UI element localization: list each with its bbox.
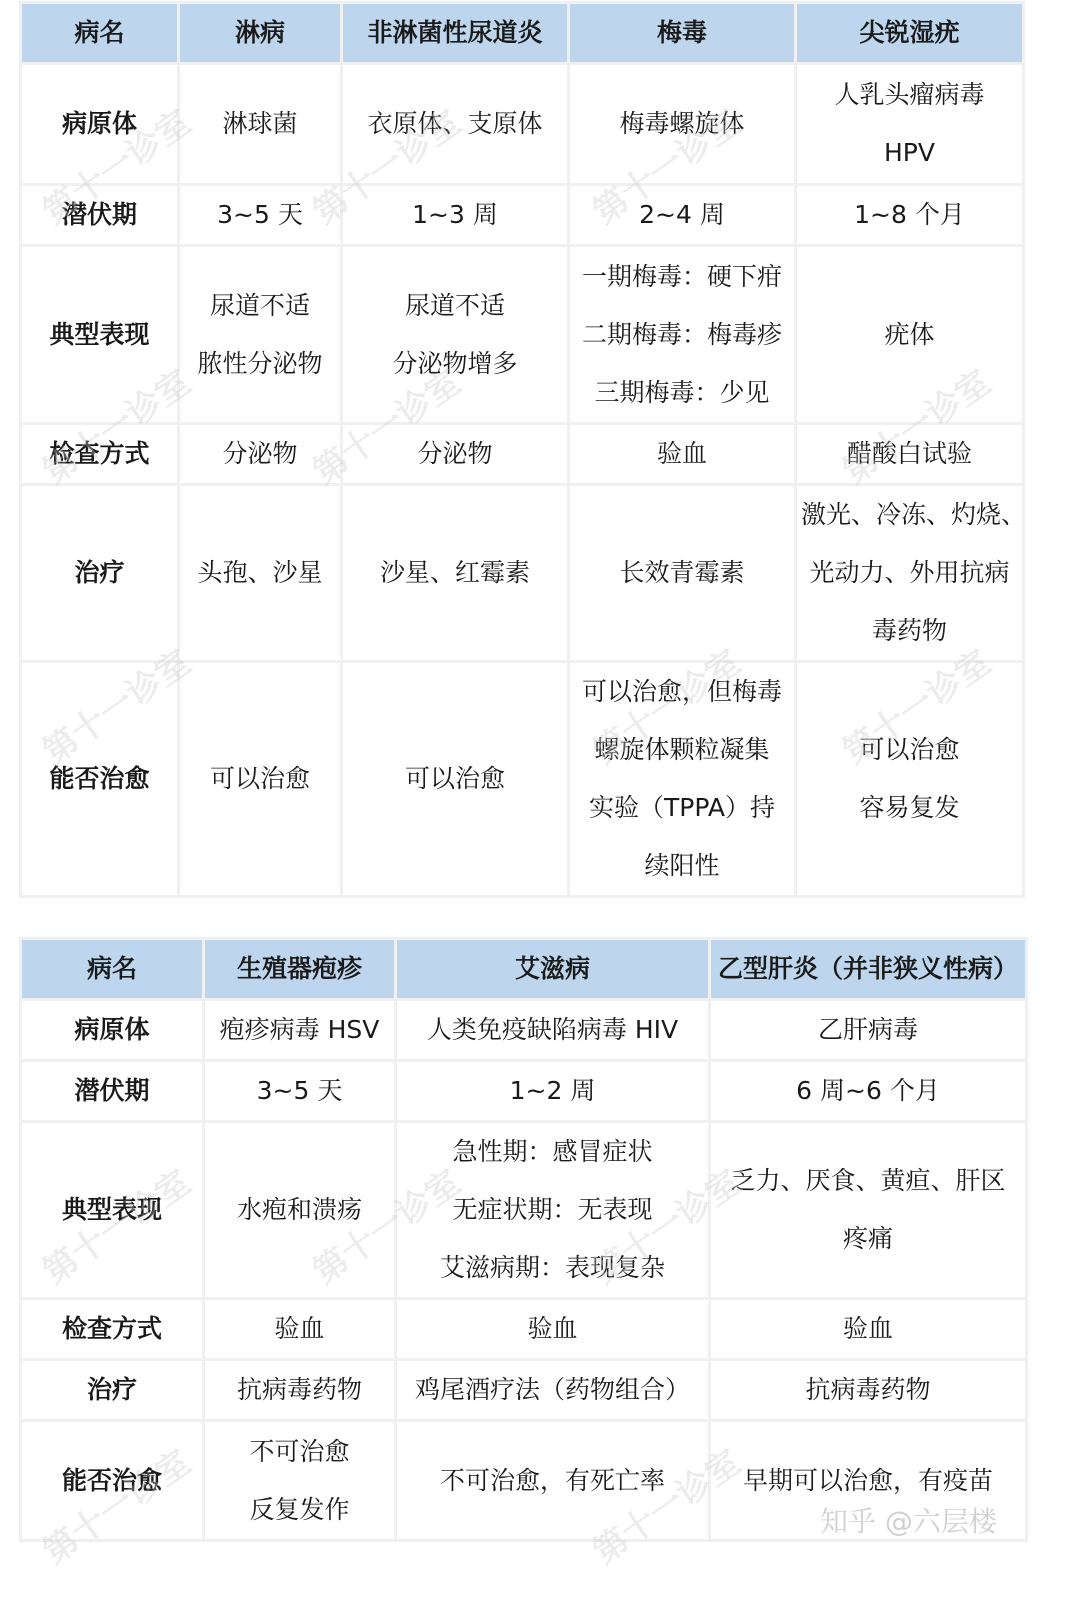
table-cell: 分泌物: [343, 425, 567, 483]
cell-text-line: 不可治愈，有死亡率: [401, 1452, 704, 1510]
table-cell: 可以治愈，但梅毒螺旋体颗粒凝集实验（TPPA）持续阳性: [570, 663, 794, 895]
cell-text-line: 实验（TPPA）持: [574, 779, 790, 837]
cell-text-line: 可以治愈: [184, 750, 336, 808]
table-cell: 衣原体、支原体: [343, 65, 567, 183]
cell-text-line: 人乳头瘤病毒: [801, 66, 1018, 124]
cell-text-line: 尿道不适: [184, 277, 336, 335]
cell-text-line: 水疱和溃疡: [209, 1181, 390, 1239]
table-cell: 醋酸白试验: [797, 425, 1022, 483]
cell-text-line: 反复发作: [209, 1481, 390, 1539]
cell-text-line: 光动力、外用抗病: [801, 544, 1018, 602]
table-row: 检查方式分泌物分泌物验血醋酸白试验: [22, 425, 1022, 483]
std-comparison-table-1: 病名 淋病 非淋菌性尿道炎 梅毒 尖锐湿疣 病原体淋球菌衣原体、支原体梅毒螺旋体…: [19, 1, 1025, 898]
cell-text-line: 梅毒螺旋体: [574, 95, 790, 153]
table-cell: 尿道不适分泌物增多: [343, 247, 567, 422]
cell-text-line: 验血: [401, 1300, 704, 1358]
table-cell: 水疱和溃疡: [205, 1123, 394, 1297]
table-cell: 梅毒螺旋体: [570, 65, 794, 183]
cell-text-line: 淋球菌: [184, 95, 336, 153]
row-label: 治疗: [22, 486, 177, 660]
cell-text-line: 容易复发: [801, 779, 1018, 837]
table-cell: 长效青霉素: [570, 486, 794, 660]
cell-text-line: 三期梅毒：少见: [574, 364, 790, 422]
cell-text-line: 尿道不适: [347, 277, 563, 335]
table-cell: 一期梅毒：硬下疳二期梅毒：梅毒疹三期梅毒：少见: [570, 247, 794, 422]
table-cell: 抗病毒药物: [205, 1361, 394, 1419]
cell-text-line: 无症状期：无表现: [401, 1181, 704, 1239]
table-cell: 1~3 周: [343, 186, 567, 244]
table-cell: 乏力、厌食、黄疸、肝区疼痛: [711, 1123, 1025, 1297]
cell-text-line: 抗病毒药物: [715, 1361, 1021, 1419]
cell-text-line: 二期梅毒：梅毒疹: [574, 306, 790, 364]
cell-text-line: 6 周~6 个月: [715, 1062, 1021, 1120]
header-cell: 生殖器疱疹: [205, 940, 394, 998]
table-cell: 可以治愈容易复发: [797, 663, 1022, 895]
cell-text-line: 长效青霉素: [574, 544, 790, 602]
table-cell: 1~2 周: [397, 1062, 708, 1120]
header-cell: 病名: [22, 4, 177, 62]
table-row: 病原体疱疹病毒 HSV人类免疫缺陷病毒 HIV乙肝病毒: [22, 1001, 1025, 1059]
table-cell: 尿道不适脓性分泌物: [180, 247, 340, 422]
table-header-row: 病名 淋病 非淋菌性尿道炎 梅毒 尖锐湿疣: [22, 4, 1022, 62]
cell-text-line: 1~2 周: [401, 1062, 704, 1120]
table-row: 检查方式验血验血验血: [22, 1300, 1025, 1358]
table-cell: 人类免疫缺陷病毒 HIV: [397, 1001, 708, 1059]
cell-text-line: 可以治愈: [801, 721, 1018, 779]
cell-text-line: 分泌物增多: [347, 335, 563, 393]
cell-text-line: 毒药物: [801, 602, 1018, 660]
header-cell: 尖锐湿疣: [797, 4, 1022, 62]
std-comparison-table-2: 病名 生殖器疱疹 艾滋病 乙型肝炎（并非狭义性病） 病原体疱疹病毒 HSV人类免…: [19, 937, 1028, 1542]
row-label: 治疗: [22, 1361, 202, 1419]
cell-text-line: 验血: [574, 425, 790, 483]
header-cell: 非淋菌性尿道炎: [343, 4, 567, 62]
cell-text-line: 急性期：感冒症状: [401, 1123, 704, 1181]
row-label: 典型表现: [22, 1123, 202, 1297]
table-cell: 验血: [570, 425, 794, 483]
table-cell: 验血: [397, 1300, 708, 1358]
row-label: 潜伏期: [22, 1062, 202, 1120]
cell-text-line: 可以治愈，但梅毒: [574, 663, 790, 721]
zhihu-credit: 知乎 @六层楼: [820, 1500, 997, 1540]
cell-text-line: 可以治愈: [347, 750, 563, 808]
cell-text-line: 3~5 天: [209, 1062, 390, 1120]
cell-text-line: 艾滋病期：表现复杂: [401, 1239, 704, 1297]
table-row: 能否治愈可以治愈可以治愈可以治愈，但梅毒螺旋体颗粒凝集实验（TPPA）持续阳性可…: [22, 663, 1022, 895]
cell-text-line: 不可治愈: [209, 1423, 390, 1481]
cell-text-line: 头孢、沙星: [184, 544, 336, 602]
cell-text-line: 激光、冷冻、灼烧、: [801, 486, 1018, 544]
table-cell: 人乳头瘤病毒HPV: [797, 65, 1022, 183]
table-cell: 不可治愈，有死亡率: [397, 1422, 708, 1539]
cell-text-line: 分泌物: [184, 425, 336, 483]
table-cell: 可以治愈: [180, 663, 340, 895]
cell-text-line: 疼痛: [715, 1210, 1021, 1268]
cell-text-line: 乏力、厌食、黄疸、肝区: [715, 1152, 1021, 1210]
table-cell: 可以治愈: [343, 663, 567, 895]
table-cell: 6 周~6 个月: [711, 1062, 1025, 1120]
table-cell: 3~5 天: [205, 1062, 394, 1120]
table-row: 潜伏期3~5 天1~2 周6 周~6 个月: [22, 1062, 1025, 1120]
cell-text-line: 鸡尾酒疗法（药物组合）: [401, 1361, 704, 1419]
table-cell: 疣体: [797, 247, 1022, 422]
table-cell: 疱疹病毒 HSV: [205, 1001, 394, 1059]
table-cell: 头孢、沙星: [180, 486, 340, 660]
row-label: 检查方式: [22, 425, 177, 483]
cell-text-line: 1~8 个月: [801, 186, 1018, 244]
row-label: 能否治愈: [22, 1422, 202, 1539]
cell-text-line: 脓性分泌物: [184, 335, 336, 393]
cell-text-line: 疣体: [801, 306, 1018, 364]
table-cell: 抗病毒药物: [711, 1361, 1025, 1419]
cell-text-line: 1~3 周: [347, 186, 563, 244]
row-label: 典型表现: [22, 247, 177, 422]
header-cell: 乙型肝炎（并非狭义性病）: [711, 940, 1025, 998]
cell-text-line: 抗病毒药物: [209, 1361, 390, 1419]
table-cell: 激光、冷冻、灼烧、光动力、外用抗病毒药物: [797, 486, 1022, 660]
cell-text-line: 沙星、红霉素: [347, 544, 563, 602]
header-cell: 艾滋病: [397, 940, 708, 998]
table-cell: 1~8 个月: [797, 186, 1022, 244]
cell-text-line: 分泌物: [347, 425, 563, 483]
header-cell: 梅毒: [570, 4, 794, 62]
table-cell: 乙肝病毒: [711, 1001, 1025, 1059]
table-cell: 急性期：感冒症状无症状期：无表现艾滋病期：表现复杂: [397, 1123, 708, 1297]
row-label: 检查方式: [22, 1300, 202, 1358]
cell-text-line: HPV: [801, 124, 1018, 182]
table-row: 病原体淋球菌衣原体、支原体梅毒螺旋体人乳头瘤病毒HPV: [22, 65, 1022, 183]
cell-text-line: 人类免疫缺陷病毒 HIV: [401, 1001, 704, 1059]
cell-text-line: 衣原体、支原体: [347, 95, 563, 153]
table-row: 典型表现尿道不适脓性分泌物尿道不适分泌物增多一期梅毒：硬下疳二期梅毒：梅毒疹三期…: [22, 247, 1022, 422]
table-row: 典型表现水疱和溃疡急性期：感冒症状无症状期：无表现艾滋病期：表现复杂乏力、厌食、…: [22, 1123, 1025, 1297]
cell-text-line: 验血: [715, 1300, 1021, 1358]
cell-text-line: 螺旋体颗粒凝集: [574, 721, 790, 779]
table-cell: 鸡尾酒疗法（药物组合）: [397, 1361, 708, 1419]
table-row: 潜伏期3~5 天1~3 周2~4 周1~8 个月: [22, 186, 1022, 244]
cell-text-line: 2~4 周: [574, 186, 790, 244]
cell-text-line: 一期梅毒：硬下疳: [574, 248, 790, 306]
table-cell: 3~5 天: [180, 186, 340, 244]
cell-text-line: 验血: [209, 1300, 390, 1358]
table-cell: 淋球菌: [180, 65, 340, 183]
table-row: 治疗头孢、沙星沙星、红霉素长效青霉素激光、冷冻、灼烧、光动力、外用抗病毒药物: [22, 486, 1022, 660]
header-cell: 病名: [22, 940, 202, 998]
row-label: 病原体: [22, 1001, 202, 1059]
table-header-row: 病名 生殖器疱疹 艾滋病 乙型肝炎（并非狭义性病）: [22, 940, 1025, 998]
row-label: 潜伏期: [22, 186, 177, 244]
row-label: 能否治愈: [22, 663, 177, 895]
table-cell: 2~4 周: [570, 186, 794, 244]
row-label: 病原体: [22, 65, 177, 183]
table-cell: 验血: [711, 1300, 1025, 1358]
table-cell: 分泌物: [180, 425, 340, 483]
table-cell: 不可治愈反复发作: [205, 1422, 394, 1539]
table-row: 治疗抗病毒药物鸡尾酒疗法（药物组合）抗病毒药物: [22, 1361, 1025, 1419]
cell-text-line: 续阳性: [574, 837, 790, 895]
header-cell: 淋病: [180, 4, 340, 62]
table-cell: 验血: [205, 1300, 394, 1358]
cell-text-line: 3~5 天: [184, 186, 336, 244]
cell-text-line: 乙肝病毒: [715, 1001, 1021, 1059]
cell-text-line: 疱疹病毒 HSV: [209, 1001, 390, 1059]
table-cell: 沙星、红霉素: [343, 486, 567, 660]
cell-text-line: 醋酸白试验: [801, 425, 1018, 483]
